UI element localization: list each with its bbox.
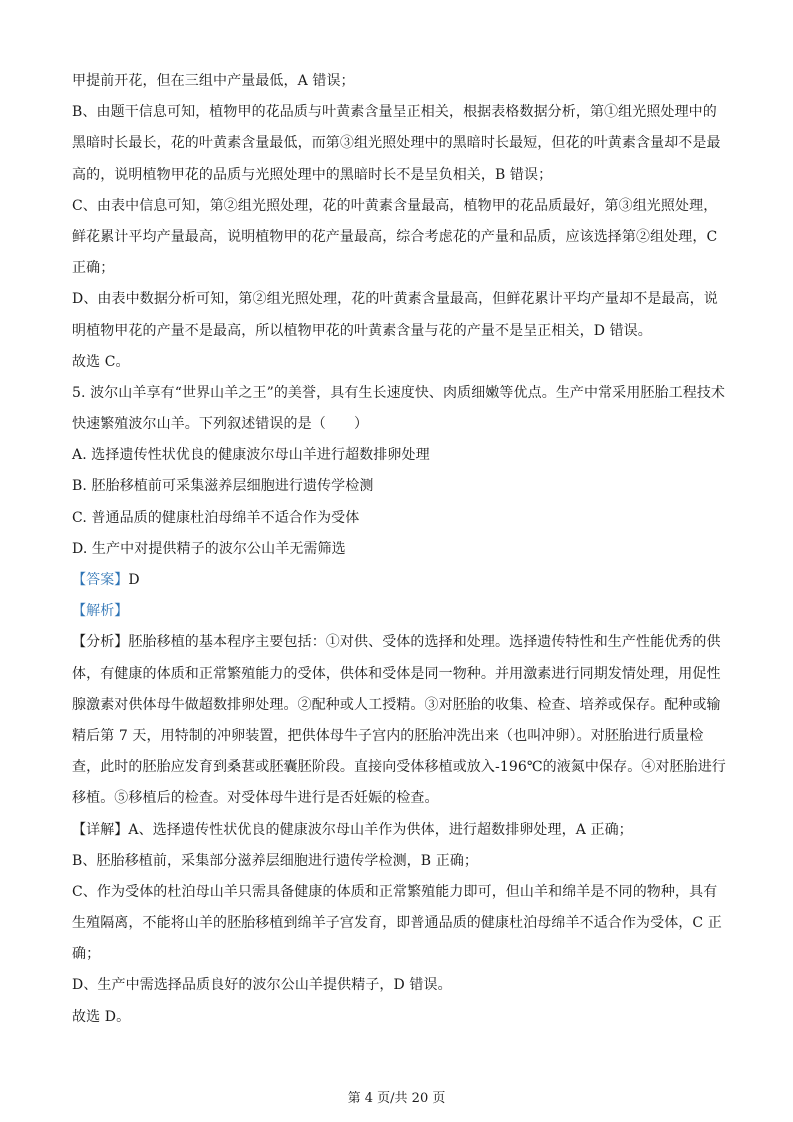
text-line: 甲提前开花，但在三组中产量最低，A 错误； xyxy=(72,66,722,97)
fenxi-line: 查，此时的胚胎应发育到桑葚或胚囊胚阶段。直接向受体移植或放入-196℃的液氮中保… xyxy=(72,752,722,783)
xiangjie-line: 生殖隔离，不能将山羊的胚胎移植到绵羊子宫发育，即普通品质的健康杜泊母绵羊不适合作… xyxy=(72,908,722,939)
text-line: 正确； xyxy=(72,253,722,284)
text-line: 明植物甲花的产量不是最高，所以植物甲花的叶黄素含量与花的产量不是呈正相关，D 错… xyxy=(72,316,722,347)
question-stem: 5. 波尔山羊享有“世界山羊之王”的美誉，具有生长速度快、肉质细嫩等优点。生产中… xyxy=(72,378,722,409)
text-line: D、由表中数据分析可知，第②组光照处理，花的叶黄素含量最高，但鲜花累计平均产量却… xyxy=(72,284,722,315)
analysis-heading: 【解析】 xyxy=(72,596,722,627)
conclusion-line: 故选 D。 xyxy=(72,1002,722,1033)
fenxi-line: 【分析】胚胎移植的基本程序主要包括：①对供、受体的选择和处理。选择遗传特性和生产… xyxy=(72,627,722,658)
conclusion-line: 故选 C。 xyxy=(72,347,722,378)
text-line: 鲜花累计平均产量最高，说明植物甲的花产量最高，综合考虑花的产量和品质，应该选择第… xyxy=(72,222,722,253)
answer-label: 【答案】 xyxy=(72,572,128,588)
option-d: D. 生产中对提供精子的波尔公山羊无需筛选 xyxy=(72,534,722,565)
fenxi-line: 腺激素对供体母牛做超数排卵处理。②配种或人工授精。③对胚胎的收集、检查、培养或保… xyxy=(72,690,722,721)
xiangjie-label: 【详解】 xyxy=(72,822,128,838)
fenxi-label: 【分析】 xyxy=(72,634,128,650)
question-stem: 快速繁殖波尔山羊。下列叙述错误的是（ ） xyxy=(72,409,722,440)
text-line: B、由题干信息可知，植物甲的花品质与叶黄素含量呈正相关，根据表格数据分析，第①组… xyxy=(72,97,722,128)
xiangjie-line: C、作为受体的杜泊母山羊只需具备健康的体质和正常繁殖能力即可，但山羊和绵羊是不同… xyxy=(72,877,722,908)
option-c: C. 普通品质的健康杜泊母绵羊不适合作为受体 xyxy=(72,503,722,534)
fenxi-line: 体，有健康的体质和正常繁殖能力的受体，供体和受体是同一物种。并用激素进行同期发情… xyxy=(72,659,722,690)
fenxi-line: 移植。⑤移植后的检查。对受体母牛进行是否妊娠的检查。 xyxy=(72,783,722,814)
text-line: 高的，说明植物甲花的品质与光照处理中的黑暗时长不是呈负相关，B 错误； xyxy=(72,160,722,191)
analysis-label: 【解析】 xyxy=(72,603,128,619)
page-number-footer: 第 4 页/共 20 页 xyxy=(0,1087,793,1106)
option-b: B. 胚胎移植前可采集滋养层细胞进行遗传学检测 xyxy=(72,471,722,502)
option-a: A. 选择遗传性状优良的健康波尔母山羊进行超数排卵处理 xyxy=(72,440,722,471)
answer-line: 【答案】D xyxy=(72,565,722,596)
xiangjie-line: 确； xyxy=(72,939,722,970)
xiangjie-line: 【详解】A、选择遗传性状优良的健康波尔母山羊作为供体，进行超数排卵处理，A 正确… xyxy=(72,815,722,846)
text-line: C、由表中信息可知，第②组光照处理，花的叶黄素含量最高，植物甲的花品质最好，第③… xyxy=(72,191,722,222)
document-page: 甲提前开花，但在三组中产量最低，A 错误； B、由题干信息可知，植物甲的花品质与… xyxy=(72,66,722,1033)
xiangjie-line: D、生产中需选择品质良好的波尔公山羊提供精子，D 错误。 xyxy=(72,970,722,1001)
xiangjie-line: B、胚胎移植前，采集部分滋养层细胞进行遗传学检测，B 正确； xyxy=(72,846,722,877)
text-line: 黑暗时长最长，花的叶黄素含量最低，而第③组光照处理中的黑暗时长最短，但花的叶黄素… xyxy=(72,128,722,159)
fenxi-text: 胚胎移植的基本程序主要包括：①对供、受体的选择和处理。选择遗传特性和生产性能优秀… xyxy=(128,634,720,650)
fenxi-line: 精后第 7 天，用特制的冲卵装置，把供体母牛子宫内的胚胎冲洗出来（也叫冲卵）。对… xyxy=(72,721,722,752)
answer-value: D xyxy=(128,572,139,588)
xiangjie-text: A、选择遗传性状优良的健康波尔母山羊作为供体，进行超数排卵处理，A 正确； xyxy=(128,822,632,838)
